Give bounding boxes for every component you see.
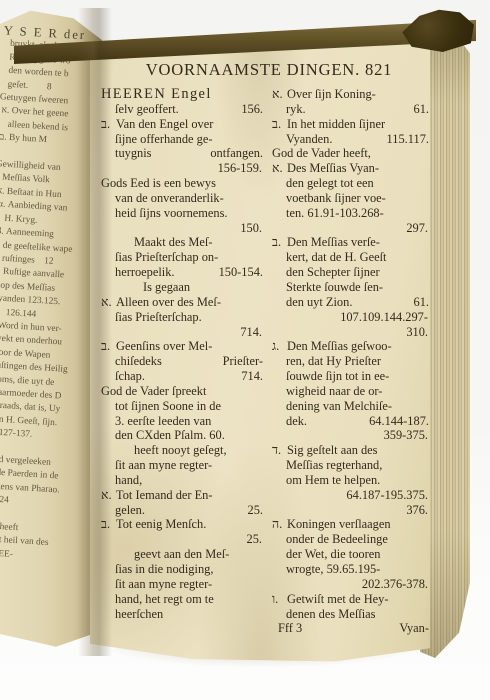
index-entry-line: ב.Geenſins over Mel-: [101, 339, 263, 354]
text-line: 64.187-195.375.: [272, 488, 429, 503]
entry-text: Sig geſtelt aan des: [287, 443, 378, 458]
hebrew-marker: ב.: [101, 117, 116, 132]
text-line: onder de Bedeelinge: [272, 532, 429, 547]
text-line: Meſſias regterhand,: [272, 458, 429, 473]
index-entry-line: ו.Getwiſt met de Hey-: [272, 592, 429, 607]
text-columns: HEEREN Engelſelv geoffert.156.ב.Van den …: [101, 87, 431, 636]
text-line: hand, het regt om te: [101, 592, 263, 607]
text-line: herroepelik.150-154.: [101, 265, 263, 280]
entry-text: ſelv geoffert.: [115, 102, 179, 117]
text-line: om Hem te helpen.: [272, 473, 429, 488]
text-line: den uyt Zion.61.: [272, 295, 429, 310]
hebrew-marker: א.: [101, 295, 116, 310]
text-line: Maakt des Meſ-: [101, 235, 263, 250]
entry-text: chiſedeks: [115, 354, 162, 369]
text-line: hand,: [101, 473, 263, 488]
entry-text: Den Meſſias geſwoo-: [287, 339, 392, 354]
text-line: ren, dat Hy Prieſter: [272, 354, 429, 369]
index-entry-line: ה.Koningen verſlaagen: [272, 517, 429, 532]
entry-text: ryk.: [286, 102, 306, 117]
text-line: 297.: [272, 221, 429, 236]
text-line: 310.: [272, 325, 429, 340]
page-reference: 714.: [241, 369, 263, 384]
text-line: heeft nooyt geſegt,: [101, 443, 263, 458]
text-line: God de Vader heeft,: [272, 146, 429, 161]
text-column-left: HEEREN Engelſelv geoffert.156.ב.Van den …: [101, 87, 263, 636]
page-reference: ontfangen.: [210, 146, 263, 161]
entry-text: Getwiſt met de Hey-: [287, 592, 389, 607]
text-line: ryk.61.: [272, 102, 429, 117]
text-line: ſijne offerhande ge-: [101, 132, 263, 147]
text-line: wigheid naar de or-: [272, 384, 429, 399]
text-line: ſelv geoffert.156.: [101, 102, 263, 117]
previous-page: Y S E R der bruykt, als des HE REN eygen…: [0, 8, 102, 650]
hebrew-marker: ו.: [272, 592, 287, 607]
page-reference: 150-154.: [219, 265, 263, 280]
entry-text: Alleen over des Meſ-: [116, 295, 221, 310]
text-line: 3. eerſte leeden van: [101, 414, 263, 429]
page-reference: Prieſter-: [223, 354, 263, 369]
entry-text: Tot eenig Menſch.: [116, 517, 206, 532]
text-line: gelen.25.: [101, 503, 263, 518]
text-line: HEEREN Engel: [101, 87, 263, 102]
entry-text: Over ſijn Koning-: [287, 87, 376, 102]
text-line: wrogte, 59.65.195-: [272, 562, 429, 577]
text-line: ſias Prieſterſchap on-: [101, 250, 263, 265]
text-line: 25.: [101, 532, 263, 547]
text-line: Is gegaan: [101, 280, 263, 295]
hebrew-marker: א.: [272, 161, 287, 176]
entry-text: den uyt Zion.: [286, 295, 352, 310]
text-line: 107.109.144.297-: [272, 310, 429, 325]
text-line: ſouwde ſijn tot in ee-: [272, 369, 429, 384]
index-entry-line: א.Des Meſſias Vyan-: [272, 161, 429, 176]
text-line: kert, dat de H. Geeſt: [272, 250, 429, 265]
text-line: ten. 61.91-103.268-: [272, 206, 429, 221]
entry-text: ſchap.: [115, 369, 145, 384]
entry-text: Fff 3: [278, 621, 302, 636]
text-line: ſchap.714.: [101, 369, 263, 384]
hebrew-marker: א.: [101, 488, 116, 503]
text-line: den Schepter ſijner: [272, 265, 429, 280]
text-line: den CXden Pſalm. 60.: [101, 428, 263, 443]
text-line: dening van Melchiſe-: [272, 399, 429, 414]
text-line: dek.64.144-187.: [272, 414, 429, 429]
text-line: denen des Meſſias: [272, 607, 429, 622]
index-entry-line: א.Over ſijn Koning-: [272, 87, 429, 102]
page-reference: 156.: [241, 102, 263, 117]
text-line: voetbank ſijner voe-: [272, 191, 429, 206]
text-line: der Wet, die tooren: [272, 547, 429, 562]
hebrew-marker: ב.: [272, 117, 287, 132]
entry-text: Geenſins over Mel-: [116, 339, 212, 354]
text-line: van de onveranderlik-: [101, 191, 263, 206]
text-line: God de Vader ſpreekt: [101, 384, 263, 399]
index-entry-line: ב.Van den Engel over: [101, 117, 263, 132]
entry-text: herroepelik.: [115, 265, 175, 280]
hebrew-marker: ה.: [272, 517, 287, 532]
text-line: 359-375.: [272, 428, 429, 443]
hebrew-marker: א.: [272, 87, 287, 102]
entry-text: Tot Iemand der En-: [116, 488, 213, 503]
text-line: 376.: [272, 503, 429, 518]
text-line: Fff 3Vyan-: [272, 621, 429, 636]
text-line: heerſchen: [101, 607, 263, 622]
index-entry-line: א.Alleen over des Meſ-: [101, 295, 263, 310]
running-title: VOORNAAMSTE DINGEN.: [146, 60, 360, 79]
text-line: tuygnisontfangen.: [101, 146, 263, 161]
entry-text: Des Meſſias Vyan-: [287, 161, 379, 176]
entry-text: Koningen verſlaagen: [287, 517, 391, 532]
index-entry-line: ב.In het midden ſijner: [272, 117, 429, 132]
text-line: 714.: [101, 325, 263, 340]
entry-text: Vyanden.: [286, 132, 332, 147]
page-reference: 115.117.: [387, 132, 429, 147]
text-line: 150.: [101, 221, 263, 236]
hebrew-marker: ג.: [272, 339, 287, 354]
text-line: 202.376-378.: [272, 577, 429, 592]
text-line: tot ſijnen Soone in de: [101, 399, 263, 414]
entry-text: dek.: [286, 414, 307, 429]
entry-text: Van den Engel over: [116, 117, 213, 132]
previous-page-text-fragments: Y S E R der bruykt, als des HE REN eygen…: [0, 24, 98, 629]
text-line: ſias in die nodiging,: [101, 562, 263, 577]
page-number: 821: [365, 60, 392, 79]
text-column-right: א.Over ſijn Koning-ryk.61.ב.In het midde…: [272, 87, 429, 636]
text-line: geevt aan den Meſ-: [101, 547, 263, 562]
page-reference: 61.: [414, 102, 430, 117]
entry-text: gelen.: [115, 503, 145, 518]
text-line: ſit aan myne regter-: [101, 577, 263, 592]
text-line: heid ſijns voornemens.: [101, 206, 263, 221]
text-line: ſit aan myne regter-: [101, 458, 263, 473]
page-content: VOORNAAMSTE DINGEN. 821 HEEREN Engelſelv…: [101, 46, 431, 636]
text-line: Vyanden.115.117.: [272, 132, 429, 147]
hebrew-marker: ד.: [272, 443, 287, 458]
index-entry-line: ב.Tot eenig Menſch.: [101, 517, 263, 532]
index-entry-line: א.Tot Iemand der En-: [101, 488, 263, 503]
page-reference: 64.144-187.: [369, 414, 429, 429]
text-line: 156-159.: [101, 161, 263, 176]
text-line: Gods Eed is een bewys: [101, 176, 263, 191]
book-photo: Y S E R der bruykt, als des HE REN eygen…: [0, 0, 490, 700]
index-entry-line: ד.Sig geſtelt aan des: [272, 443, 429, 458]
text-line: ſias Prieſterſchap.: [101, 310, 263, 325]
page-reference: Vyan-: [399, 621, 429, 636]
page-header: VOORNAAMSTE DINGEN. 821: [107, 60, 431, 80]
hebrew-marker: ב.: [101, 339, 116, 354]
text-line: den gelegt tot een: [272, 176, 429, 191]
text-line: chiſedeksPrieſter-: [101, 354, 263, 369]
index-entry-line: ב.Den Meſſias verſe-: [272, 235, 429, 250]
entry-text: tuygnis: [115, 146, 152, 161]
entry-text: Den Meſſias verſe-: [287, 235, 380, 250]
text-line: Sterkte ſouwde ſen-: [272, 280, 429, 295]
index-entry-line: ג.Den Meſſias geſwoo-: [272, 339, 429, 354]
page-reference: 61.: [414, 295, 430, 310]
entry-text: In het midden ſijner: [287, 117, 385, 132]
page-reference: 25.: [248, 503, 264, 518]
hebrew-marker: ב.: [272, 235, 287, 250]
hebrew-marker: ב.: [101, 517, 116, 532]
